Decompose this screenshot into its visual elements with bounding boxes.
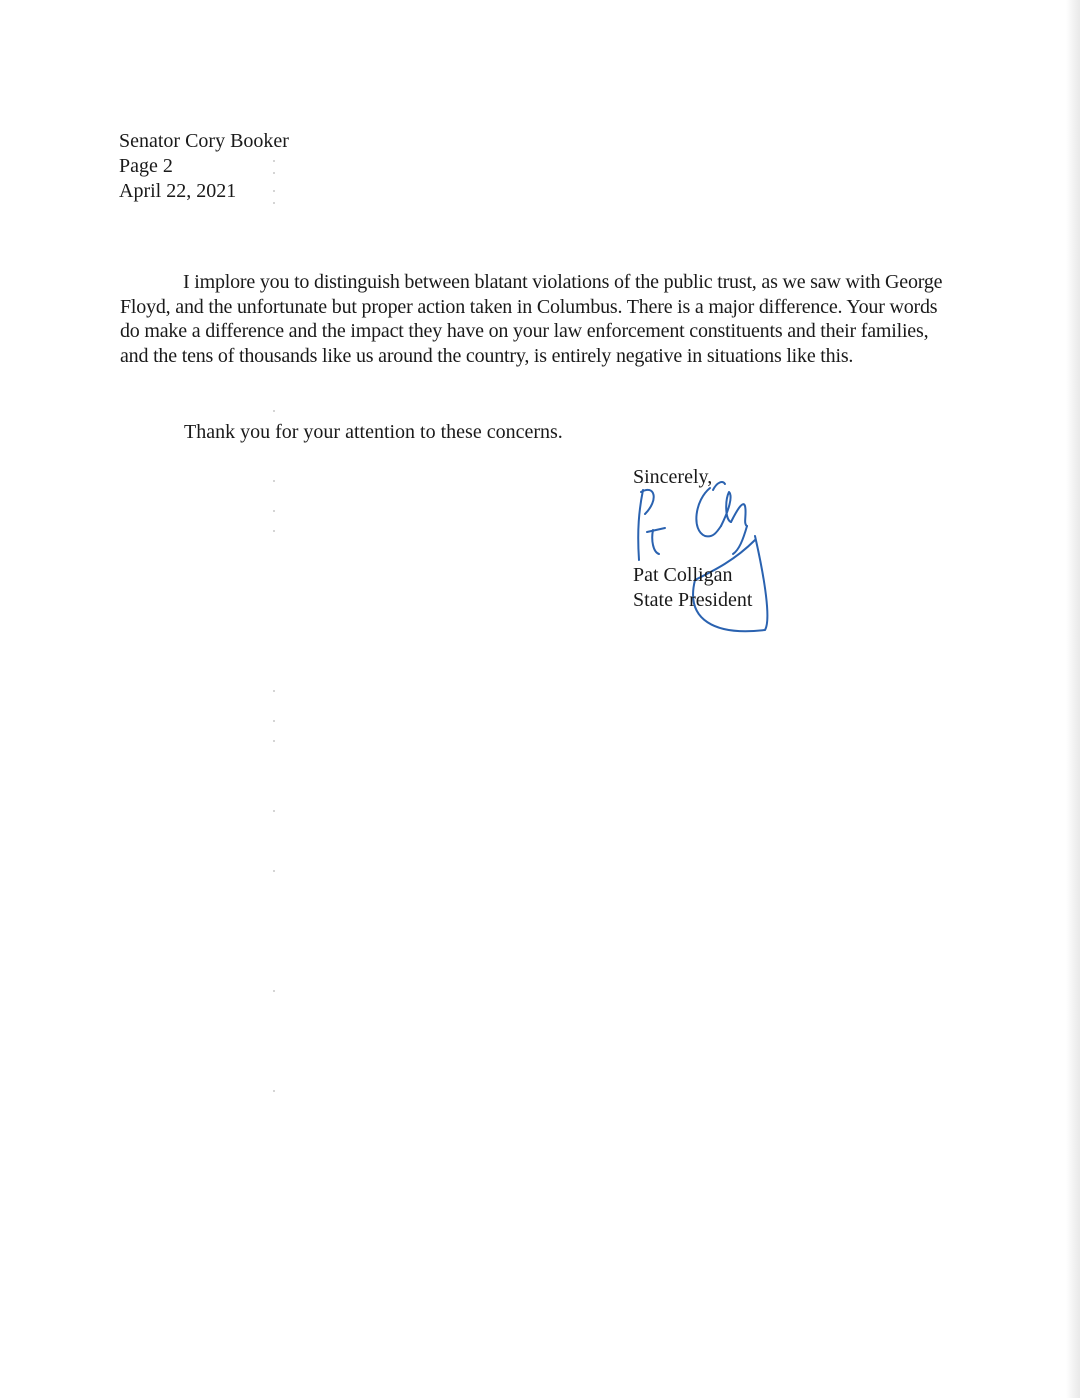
scan-page-edge <box>1066 0 1080 1398</box>
handwritten-signature <box>625 470 785 640</box>
letter-header: Senator Cory Booker Page 2 April 22, 202… <box>119 129 289 204</box>
page-number-line: Page 2 <box>119 154 289 179</box>
closing-salutation: Sincerely, <box>633 465 712 490</box>
signer-name: Pat Colligan <box>633 563 732 588</box>
recipient-line: Senator Cory Booker <box>119 129 289 154</box>
signer-title: State President <box>633 588 752 613</box>
date-line: April 22, 2021 <box>119 179 289 204</box>
thanks-line: Thank you for your attention to these co… <box>184 420 563 445</box>
body-paragraph: I implore you to distinguish between bla… <box>120 270 950 368</box>
